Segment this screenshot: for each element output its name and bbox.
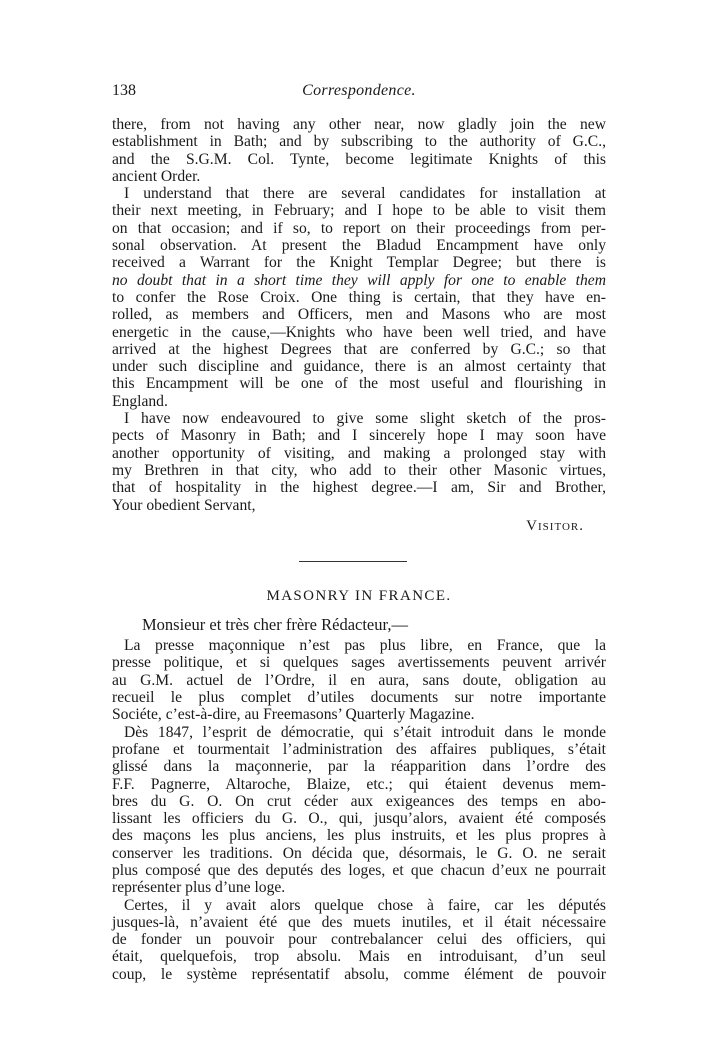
text-line: under such discipline and guidance, ther…: [112, 358, 606, 375]
text-line: I understand that there are several cand…: [112, 185, 606, 202]
text-line: there, from not having any other near, n…: [112, 116, 606, 133]
page-header: 138 Correspondence.: [112, 82, 606, 106]
text-line: another opportunity of visiting, and mak…: [112, 445, 606, 462]
text-line: Sociéte, c’est-à-dire, au Freemasons’ Qu…: [112, 706, 606, 723]
text-line: this Encampment will be one of the most …: [112, 375, 606, 392]
section-paragraph: Dès 1847, l’esprit de démocratie, qui s’…: [112, 724, 606, 897]
signature: Visitor.: [112, 518, 606, 535]
section-paragraph: Certes, il y avait alors quelque chose à…: [112, 897, 606, 983]
text-line: La presse maçonnique n’est pas plus libr…: [112, 637, 606, 654]
text-line: ancient Order.: [112, 168, 606, 185]
text-line: recueil le plus complet d’utiles documen…: [112, 689, 606, 706]
text-line: conserver les traditions. On décida que,…: [112, 845, 606, 862]
text-line: I have now endeavoured to give some slig…: [112, 410, 606, 427]
text-line: lissant les officiers du G. O., qui, jus…: [112, 810, 606, 827]
text-line: sonal observation. At present the Bladud…: [112, 237, 606, 254]
text-line: establishment in Bath; and by subscribin…: [112, 133, 606, 150]
text-line: England.: [112, 393, 606, 410]
text-line: représenter plus d’une loge.: [112, 879, 606, 896]
text-line: Certes, il y avait alors quelque chose à…: [112, 897, 606, 914]
section-title: MASONRY IN FRANCE.: [112, 588, 606, 605]
letter-paragraph: I have now endeavoured to give some slig…: [112, 410, 606, 514]
letter-paragraph: I understand that there are several cand…: [112, 185, 606, 410]
section-paragraph: La presse maçonnique n’est pas plus libr…: [112, 637, 606, 723]
text-line: F.F. Pagnerre, Altaroche, Blaize, etc.; …: [112, 776, 606, 793]
text-line: rolled, as members and Officers, men and…: [112, 306, 606, 323]
letter-paragraph: there, from not having any other near, n…: [112, 116, 606, 185]
text-line: profane et tourmentait l’administration …: [112, 741, 606, 758]
text-line: jusques-là, n’avaient été que des muets …: [112, 914, 606, 931]
text-line: received a Warrant for the Knight Templa…: [112, 254, 606, 271]
document-page: 138 Correspondence. there, from not havi…: [112, 82, 606, 983]
section-body: La presse maçonnique n’est pas plus libr…: [112, 637, 606, 983]
letter-body: there, from not having any other near, n…: [112, 116, 606, 535]
text-line: arrived at the highest Degrees that are …: [112, 341, 606, 358]
text-line: and the S.G.M. Col. Tynte, become legiti…: [112, 151, 606, 168]
text-line: on that occasion; and if so, to report o…: [112, 220, 606, 237]
text-line: plus composé que des deputés des loges, …: [112, 862, 606, 879]
text-line: glissé dans la maçonnerie, par la réappa…: [112, 758, 606, 775]
text-line: to confer the Rose Croix. One thing is c…: [112, 289, 606, 306]
text-line: était, quelquefois, trop absolu. Mais en…: [112, 948, 606, 965]
text-line: pects of Masonry in Bath; and I sincerel…: [112, 427, 606, 444]
running-title: Correspondence.: [112, 82, 606, 100]
text-line: bres du G. O. On crut céder aux exigeanc…: [112, 793, 606, 810]
section-divider: [299, 561, 407, 562]
text-line: their next meeting, in February; and I h…: [112, 202, 606, 219]
text-line: Your obedient Servant,: [112, 497, 606, 514]
text-line: des maçons les plus anciens, les plus in…: [112, 827, 606, 844]
text-line: de fonder un pouvoir pour contrebalancer…: [112, 931, 606, 948]
salutation: Monsieur et très cher frère Rédacteur,—: [112, 615, 606, 635]
text-line: no doubt that in a short time they will …: [112, 272, 606, 289]
text-line: au G.M. actuel de l’Ordre, il en aura, s…: [112, 672, 606, 689]
text-line: energetic in the cause,—Knights who have…: [112, 324, 606, 341]
text-line: Dès 1847, l’esprit de démocratie, qui s’…: [112, 724, 606, 741]
text-line: presse politique, et si quelques sages a…: [112, 654, 606, 671]
text-line: coup, le système représentatif absolu, c…: [112, 966, 606, 983]
text-line: that of hospitality in the highest degre…: [112, 479, 606, 496]
text-line: my Brethren in that city, who add to the…: [112, 462, 606, 479]
